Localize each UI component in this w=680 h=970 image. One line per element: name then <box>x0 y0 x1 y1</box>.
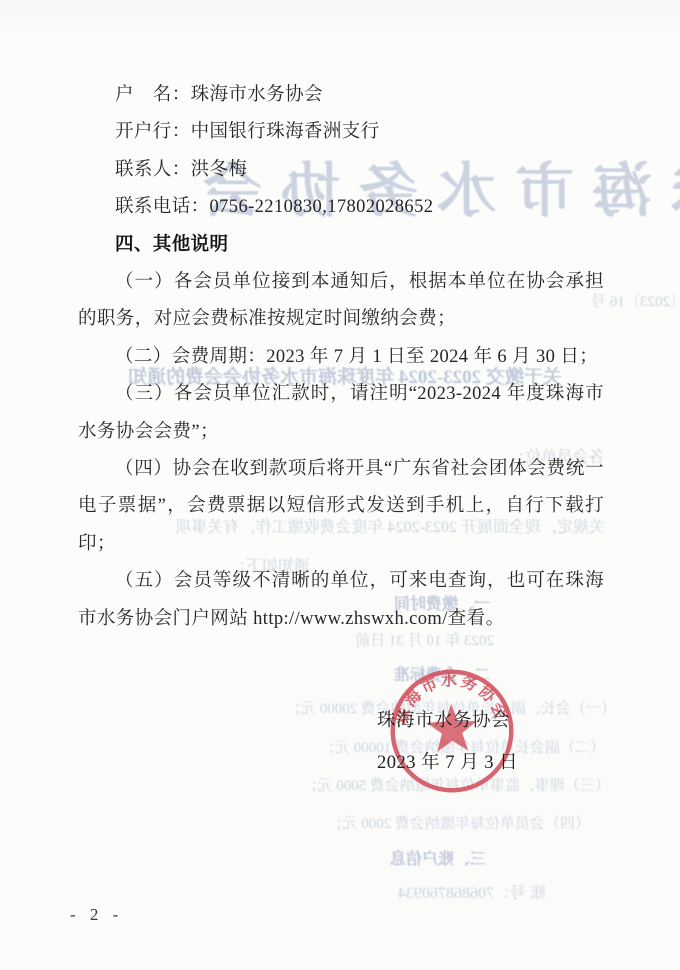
section-heading: 四、其他说明 <box>78 227 604 264</box>
contact-person-line: 联系人：洪冬梅 <box>78 152 604 189</box>
contact-phone-line: 联系电话：0756-2210830,17802028652 <box>78 189 604 226</box>
document-page: 珠海市水务协会 珠水协会〔2023〕16 号 关于缴交 2023-2024 年度… <box>0 0 680 970</box>
page-number: - 2 - <box>70 905 123 925</box>
notice-body: 户 名：珠海市水务协会 开户行：中国银行珠海香洲支行 联系人：洪冬梅 联系电话：… <box>78 77 604 638</box>
notice-item-4: （四）协会在收到款项后将开具“广东省社会团体会费统一电子票据”，会费票据以短信形… <box>78 451 604 563</box>
notice-item-2: （二）会费周期：2023 年 7 月 1 日至 2024 年 6 月 30 日； <box>78 339 604 376</box>
bank-line: 开户行：中国银行珠海香洲支行 <box>78 114 604 151</box>
notice-item-3: （三）各会员单位汇款时，请注明“2023-2024 年度珠海市水务协会会费”； <box>78 376 604 451</box>
bleedthrough-line: （四）会员单位每年缴纳会费 2000 元； <box>260 815 590 833</box>
signature-org: 珠海市水务协会 <box>377 706 510 732</box>
bleedthrough-line: 账 号：706868760934 <box>328 884 546 903</box>
notice-item-5: （五）会员等级不清晰的单位，可来电查询，也可在珠海市水务协会门户网站 http:… <box>78 563 604 638</box>
account-name-line: 户 名：珠海市水务协会 <box>78 77 604 114</box>
notice-item-1: （一）各会员单位接到本通知后，根据本单位在协会承担的职务，对应会费标准按规定时间… <box>78 264 604 339</box>
signature-date: 2023 年 7 月 3 日 <box>377 748 518 774</box>
bleedthrough-line: 三、账户信息 <box>382 850 486 869</box>
